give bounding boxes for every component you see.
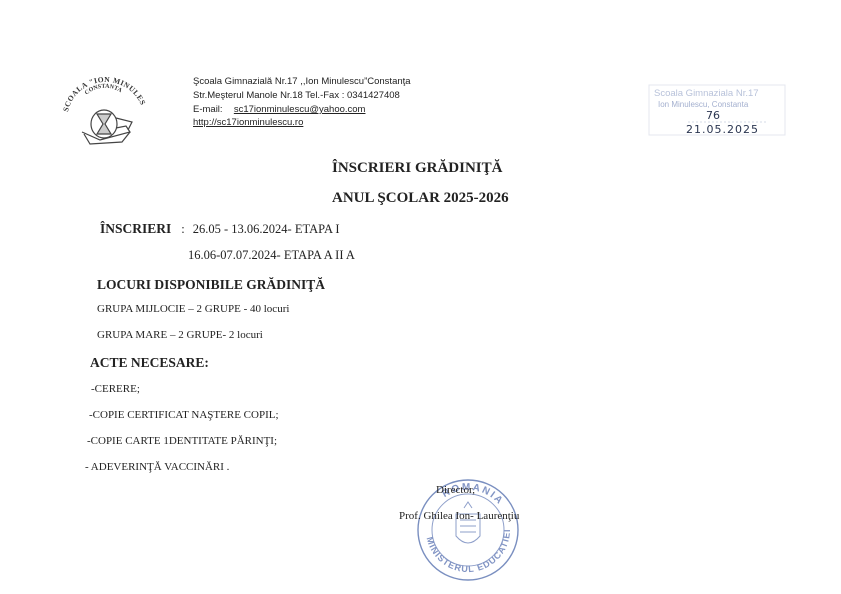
email-link[interactable]: sc17ionminulescu@yahoo.com bbox=[234, 104, 366, 115]
website-link[interactable]: http://sc17ionminulescu.ro bbox=[193, 116, 303, 129]
school-year-title: ANUL ŞCOLAR 2025-2026 bbox=[332, 190, 509, 207]
svg-text:MINISTERUL EDUCATIEI: MINISTERUL EDUCATIEI bbox=[425, 528, 512, 574]
document-item: - ADEVERINŢĂ VACCINĂRI . bbox=[85, 461, 229, 473]
director-role: Director, bbox=[436, 484, 475, 496]
stamp-line2: Ion Minulescu, Constanta bbox=[658, 100, 749, 109]
school-logo: SCOALA "ION MINULESCU" CONSTANTA bbox=[60, 68, 150, 150]
documents-heading: ACTE NECESARE: bbox=[90, 355, 209, 371]
document-item: -COPIE CARTE 1DENTITATE PĂRINŢI; bbox=[87, 435, 277, 447]
registration-stamp: Scoala Gimnaziala Nr.17 Ion Minulescu, C… bbox=[648, 84, 786, 136]
available-places-heading: LOCURI DISPONIBILE GRĂDINIŢĂ bbox=[97, 277, 325, 293]
enrollment-row-1: ÎNSCRIERI : 26.05 - 13.06.2024- ETAPA I bbox=[100, 220, 340, 238]
stamp-date: 21.05.2025 bbox=[686, 123, 759, 136]
enrollment-stage-1: 26.05 - 13.06.2024- ETAPA I bbox=[193, 222, 340, 236]
seal-text-bottom: MINISTERUL EDUCATIEI bbox=[425, 528, 512, 574]
document-item: -COPIE CERTIFICAT NAŞTERE COPIL; bbox=[89, 409, 279, 421]
group-item: GRUPA MARE – 2 GRUPE- 2 locuri bbox=[97, 329, 263, 341]
document-item: -CERERE; bbox=[91, 383, 140, 395]
enrollment-label: ÎNSCRIERI bbox=[100, 221, 171, 236]
director-name: Prof. Ghilea Ion- Laurenţiu bbox=[399, 510, 519, 522]
page-title: ÎNSCRIERI GRĂDINIŢĂ bbox=[332, 160, 502, 177]
school-address: Str.Meşterul Manole Nr.18 Tel.-Fax : 034… bbox=[193, 89, 400, 102]
email-label: E-mail: bbox=[193, 104, 223, 115]
hourglass-icon bbox=[82, 110, 132, 144]
logo-arc-text: SCOALA "ION MINULESCU" bbox=[60, 68, 148, 112]
coat-of-arms-icon bbox=[456, 502, 480, 543]
stamp-line1: Scoala Gimnaziala Nr.17 bbox=[654, 88, 759, 99]
stamp-number: 76 bbox=[706, 109, 720, 122]
school-name: Şcoala Gimnazială Nr.17 ,,Ion Minulescu”… bbox=[193, 75, 411, 88]
enrollment-stage-2: 16.06-07.07.2024- ETAPA A II A bbox=[188, 248, 355, 263]
svg-text:SCOALA "ION MINULESCU": SCOALA "ION MINULESCU" bbox=[60, 68, 148, 112]
enrollment-separator: : bbox=[181, 222, 184, 236]
email-row: E-mail: sc17ionminulescu@yahoo.com bbox=[193, 103, 365, 116]
group-item: GRUPA MIJLOCIE – 2 GRUPE - 40 locuri bbox=[97, 303, 289, 315]
